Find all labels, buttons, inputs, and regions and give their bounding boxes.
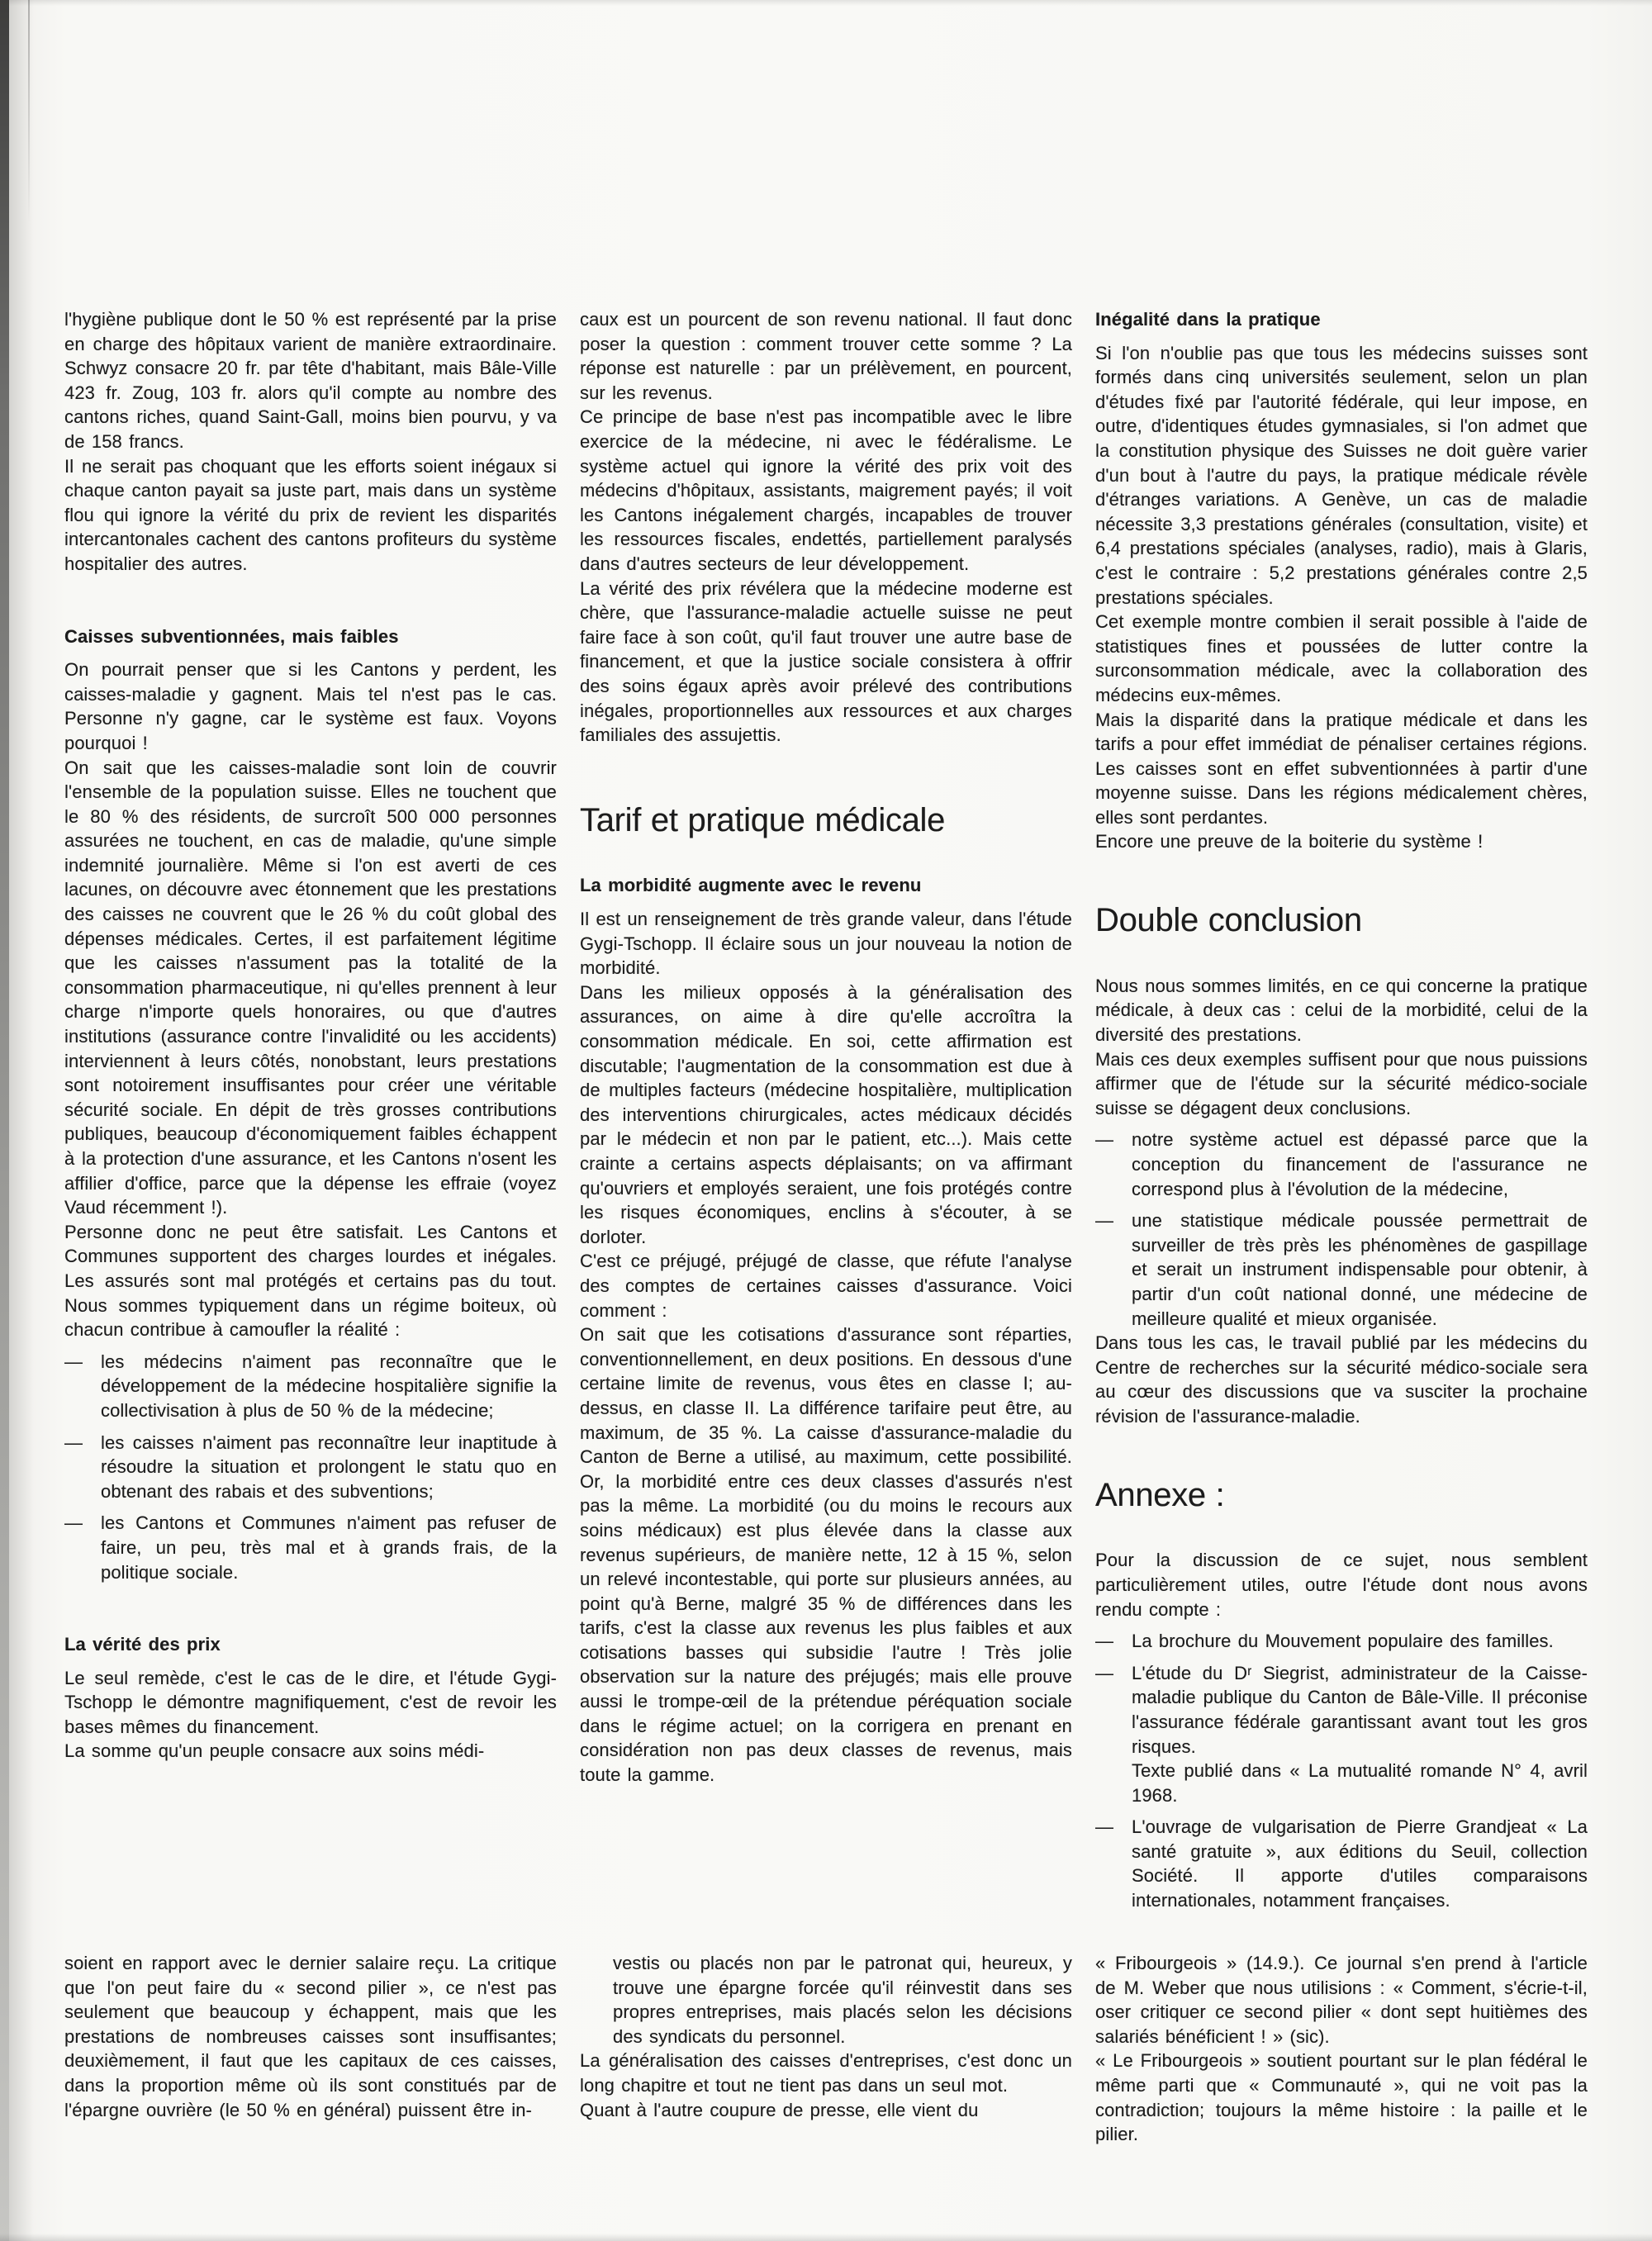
footer-column-3: « Fribourgeois » (14.9.). Ce journal s'e… <box>1095 1951 1588 2147</box>
dash-list-item: —La brochure du Mouvement populaire des … <box>1095 1629 1588 1654</box>
subheading: La morbidité augmente avec le revenu <box>580 873 1072 898</box>
footer-column-1: soient en rapport avec le dernier salair… <box>64 1951 557 2122</box>
paragraph: les caisses n'aiment pas reconnaître leu… <box>101 1431 557 1504</box>
paragraph: Texte publié dans « La mutualité romande… <box>1132 1759 1588 1807</box>
dash-item-body: L'étude du Dʳ Siegrist, administrateur d… <box>1132 1661 1588 1808</box>
dash-item-body: notre système actuel est dépassé parce q… <box>1132 1128 1588 1201</box>
dash-list-item: —les caisses n'aiment pas reconnaître le… <box>64 1431 557 1504</box>
dash-item-body: une statistique médicale poussée permett… <box>1132 1208 1588 1331</box>
paragraph: Il est un renseignement de très grande v… <box>580 907 1072 980</box>
paragraph: Pour la discussion de ce sujet, nous sem… <box>1095 1548 1588 1621</box>
dash-list-item: —une statistique médicale poussée permet… <box>1095 1208 1588 1331</box>
paragraph: On pourrait penser que si les Cantons y … <box>64 658 557 755</box>
text-column-3: Inégalité dans la pratiqueSi l'on n'oubl… <box>1095 307 1588 1913</box>
paragraph: notre système actuel est dépassé parce q… <box>1132 1128 1588 1201</box>
paragraph: Encore une preuve de la boiterie du syst… <box>1095 829 1588 854</box>
paragraph: Nous nous sommes limités, en ce qui conc… <box>1095 974 1588 1047</box>
paragraph: Le seul remède, c'est le cas de le dire,… <box>64 1666 557 1740</box>
dash-list-item: —notre système actuel est dépassé parce … <box>1095 1128 1588 1201</box>
paragraph: Il ne serait pas choquant que les effort… <box>64 454 557 577</box>
paragraph: Mais la disparité dans la pratique médic… <box>1095 708 1588 830</box>
paragraph: La vérité des prix révélera que la médec… <box>580 577 1072 748</box>
page-left-edge-shadow <box>9 0 34 2241</box>
paragraph: On sait que les caisses-maladie sont loi… <box>64 756 557 1220</box>
dash-list-item: —les médecins n'aiment pas reconnaître q… <box>64 1350 557 1423</box>
paragraph: Dans les milieux opposés à la généralisa… <box>580 980 1072 1250</box>
subheading: Inégalité dans la pratique <box>1095 307 1588 332</box>
paragraph: les Cantons et Communes n'aiment pas ref… <box>101 1511 557 1584</box>
dash-list-item: —les Cantons et Communes n'aiment pas re… <box>64 1511 557 1584</box>
footer-column-2: vestis ou placés non par le patronat qui… <box>580 1951 1072 2122</box>
section-heading: Tarif et pratique médicale <box>580 802 1072 839</box>
document-page: l'hygiène publique dont le 50 % est repr… <box>0 0 1652 2241</box>
page-top-edge-shadow <box>0 0 1652 6</box>
text-column-1: l'hygiène publique dont le 50 % est repr… <box>64 307 557 1764</box>
dash-item-body: les médecins n'aiment pas reconnaître qu… <box>101 1350 557 1423</box>
paragraph: Cet exemple montre combien il serait pos… <box>1095 610 1588 707</box>
section-heading: Double conclusion <box>1095 902 1588 939</box>
text-column-2: caux est un pourcent de son revenu natio… <box>580 307 1072 1787</box>
dash-list-item: —L'ouvrage de vulgarisation de Pierre Gr… <box>1095 1815 1588 1912</box>
paragraph: caux est un pourcent de son revenu natio… <box>580 307 1072 405</box>
page-bottom-edge-shadow <box>0 2234 1652 2241</box>
dash-item-body: La brochure du Mouvement populaire des f… <box>1132 1629 1588 1654</box>
paragraph: La somme qu'un peuple consacre aux soins… <box>64 1739 557 1764</box>
paragraph: On sait que les cotisations d'assurance … <box>580 1322 1072 1787</box>
paragraph: « Fribourgeois » (14.9.). Ce journal s'e… <box>1095 1951 1588 2049</box>
em-dash-marker-icon: — <box>1095 1661 1113 1686</box>
paragraph: Ce principe de base n'est pas incompatib… <box>580 405 1072 576</box>
dash-item-body: les Cantons et Communes n'aiment pas ref… <box>101 1511 557 1584</box>
page-left-edge-strip <box>0 0 9 2241</box>
dash-list-item: —L'étude du Dʳ Siegrist, administrateur … <box>1095 1661 1588 1808</box>
em-dash-marker-icon: — <box>1095 1629 1113 1654</box>
paragraph: Dans tous les cas, le travail publié par… <box>1095 1331 1588 1428</box>
paragraph: Personne donc ne peut être satisfait. Le… <box>64 1220 557 1342</box>
subheading: Caisses subventionnées, mais faibles <box>64 624 557 649</box>
em-dash-marker-icon: — <box>1095 1128 1113 1152</box>
paragraph: La brochure du Mouvement populaire des f… <box>1132 1629 1588 1654</box>
subheading: La vérité des prix <box>64 1632 557 1657</box>
paragraph: La généralisation des caisses d'entrepri… <box>580 2049 1072 2097</box>
paragraph: soient en rapport avec le dernier salair… <box>64 1951 557 2122</box>
paragraph: les médecins n'aiment pas reconnaître qu… <box>101 1350 557 1423</box>
dash-item-body: L'ouvrage de vulgarisation de Pierre Gra… <box>1132 1815 1588 1912</box>
paragraph: l'hygiène publique dont le 50 % est repr… <box>64 307 557 454</box>
em-dash-marker-icon: — <box>64 1511 83 1536</box>
dash-item-body: les caisses n'aiment pas reconnaître leu… <box>101 1431 557 1504</box>
paragraph: L'ouvrage de vulgarisation de Pierre Gra… <box>1132 1815 1588 1912</box>
page-corner-crease <box>28 0 30 223</box>
em-dash-marker-icon: — <box>64 1431 83 1455</box>
paragraph: L'étude du Dʳ Siegrist, administrateur d… <box>1132 1661 1588 1759</box>
paragraph: Mais ces deux exemples suffisent pour qu… <box>1095 1047 1588 1121</box>
em-dash-marker-icon: — <box>64 1350 83 1375</box>
paragraph: Quant à l'autre coupure de presse, elle … <box>580 2098 1072 2123</box>
em-dash-marker-icon: — <box>1095 1815 1113 1840</box>
paragraph: une statistique médicale poussée permett… <box>1132 1208 1588 1331</box>
paragraph: « Le Fribourgeois » soutient pourtant su… <box>1095 2049 1588 2146</box>
paragraph: vestis ou placés non par le patronat qui… <box>580 1951 1072 2049</box>
section-heading: Annexe : <box>1095 1477 1588 1514</box>
em-dash-marker-icon: — <box>1095 1208 1113 1233</box>
paragraph: Si l'on n'oublie pas que tous les médeci… <box>1095 341 1588 610</box>
paragraph: C'est ce préjugé, préjugé de classe, que… <box>580 1249 1072 1322</box>
